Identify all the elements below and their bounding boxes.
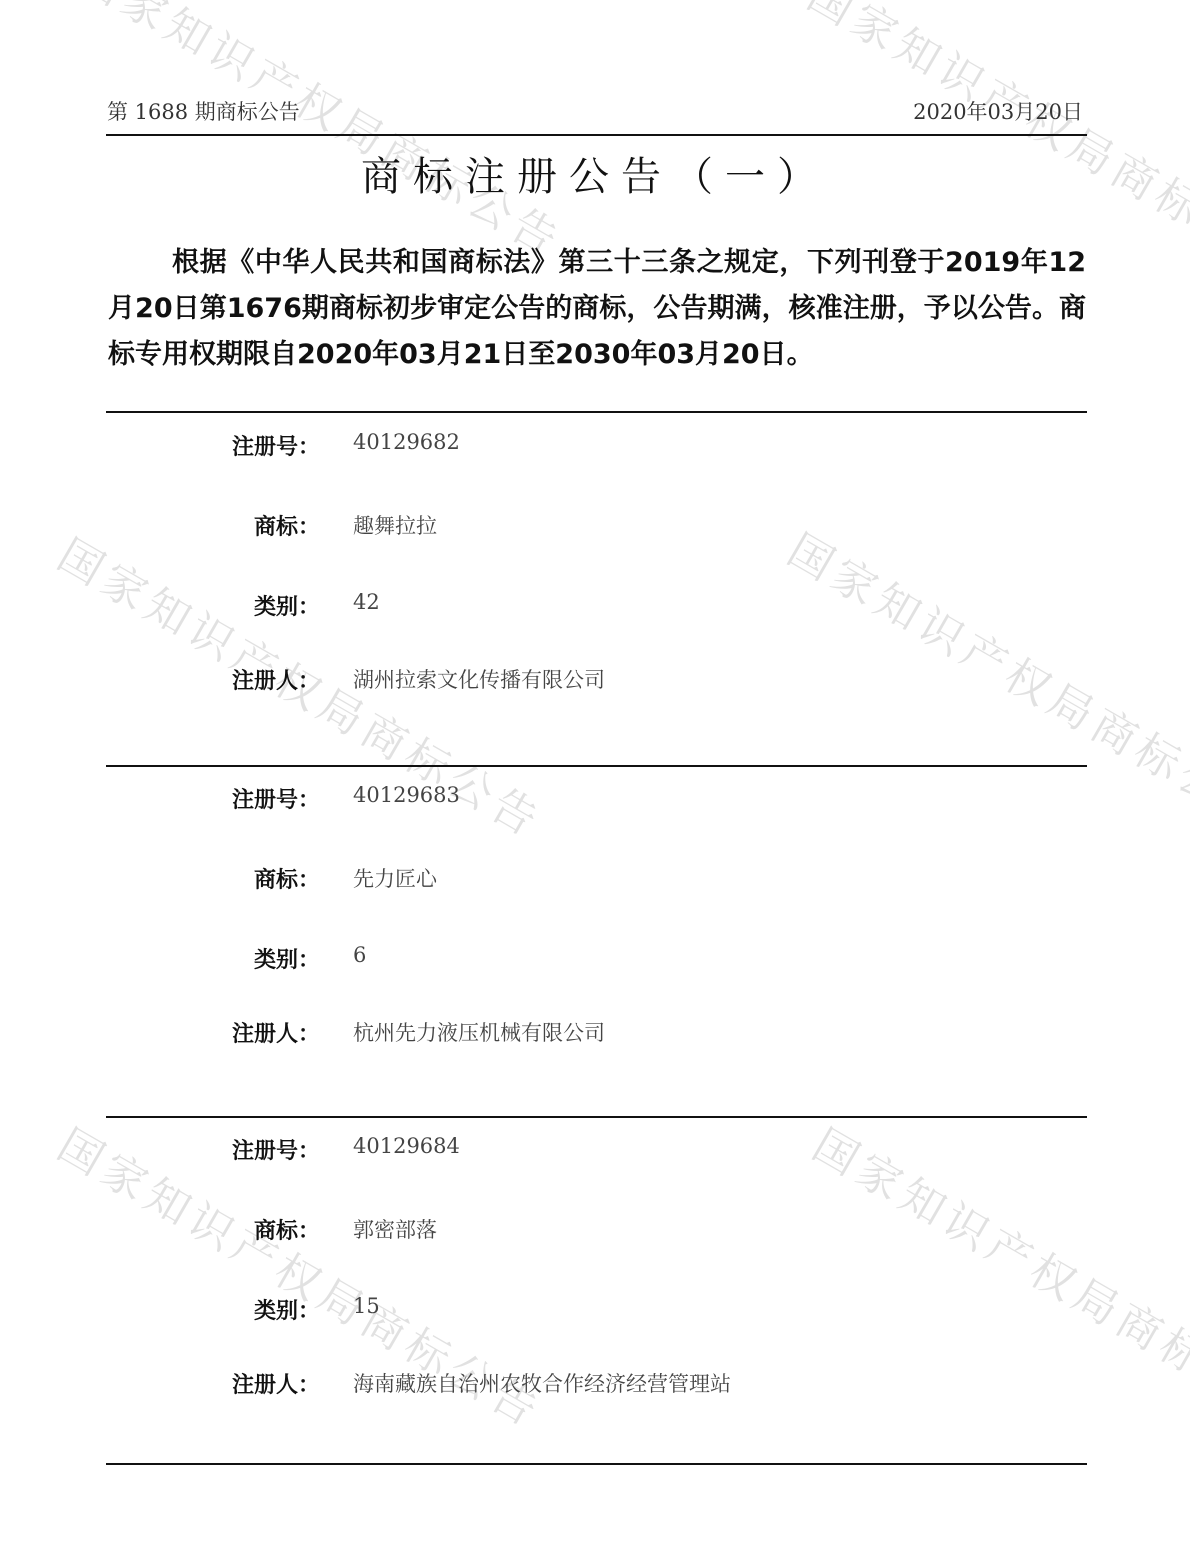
registrant-field: 注册人： 海南藏族自治州农牧合作经济经营管理站 [0, 1368, 1190, 1408]
reg-no-field: 注册号： 40129684 [0, 1134, 1190, 1174]
record-divider [106, 765, 1087, 767]
registrant-value: 海南藏族自治州农牧合作经济经营管理站 [353, 1368, 731, 1398]
class-label: 类别： [254, 590, 320, 621]
class-value: 15 [353, 1294, 380, 1318]
mark-field: 商标： 趣舞拉拉 [0, 510, 1190, 550]
mark-value: 郭密部落 [353, 1214, 437, 1244]
header-divider [106, 134, 1087, 136]
record-divider [106, 411, 1087, 413]
announcement-page: 国家知识产权局商标公告 国家知识产权局商标公告 国家知识产权局商标公告 国家知识… [0, 0, 1190, 1564]
mark-value: 趣舞拉拉 [353, 510, 437, 540]
class-label: 类别： [254, 943, 320, 974]
class-field: 类别： 15 [0, 1294, 1190, 1334]
reg-no-value: 40129683 [353, 783, 460, 807]
reg-no-label: 注册号： [232, 430, 320, 461]
issue-date: 2020年03月20日 [913, 96, 1083, 126]
registrant-field: 注册人： 湖州拉索文化传播有限公司 [0, 664, 1190, 704]
reg-no-label: 注册号： [232, 1134, 320, 1165]
registrant-value: 杭州先力液压机械有限公司 [353, 1017, 605, 1047]
page-title: 商标注册公告（一） [0, 145, 1190, 202]
class-value: 42 [353, 590, 380, 614]
reg-no-value: 40129684 [353, 1134, 460, 1158]
reg-no-value: 40129682 [353, 430, 460, 454]
class-field: 类别： 42 [0, 590, 1190, 630]
issue-number: 第 1688 期商标公告 [107, 96, 300, 126]
registrant-label: 注册人： [232, 1017, 320, 1048]
registrant-field: 注册人： 杭州先力液压机械有限公司 [0, 1017, 1190, 1057]
mark-value: 先力匠心 [353, 863, 437, 893]
mark-label: 商标： [254, 510, 320, 541]
mark-field: 商标： 郭密部落 [0, 1214, 1190, 1254]
class-label: 类别： [254, 1294, 320, 1325]
mark-field: 商标： 先力匠心 [0, 863, 1190, 903]
intro-paragraph: 根据《中华人民共和国商标法》第三十三条之规定，下列刊登于2019年12月20日第… [108, 240, 1086, 378]
registrant-label: 注册人： [232, 664, 320, 695]
class-field: 类别： 6 [0, 943, 1190, 983]
reg-no-field: 注册号： 40129682 [0, 430, 1190, 470]
reg-no-field: 注册号： 40129683 [0, 783, 1190, 823]
reg-no-label: 注册号： [232, 783, 320, 814]
footer-divider [106, 1463, 1087, 1465]
mark-label: 商标： [254, 863, 320, 894]
registrant-value: 湖州拉索文化传播有限公司 [353, 664, 605, 694]
mark-label: 商标： [254, 1214, 320, 1245]
record-divider [106, 1116, 1087, 1118]
class-value: 6 [353, 943, 366, 967]
registrant-label: 注册人： [232, 1368, 320, 1399]
